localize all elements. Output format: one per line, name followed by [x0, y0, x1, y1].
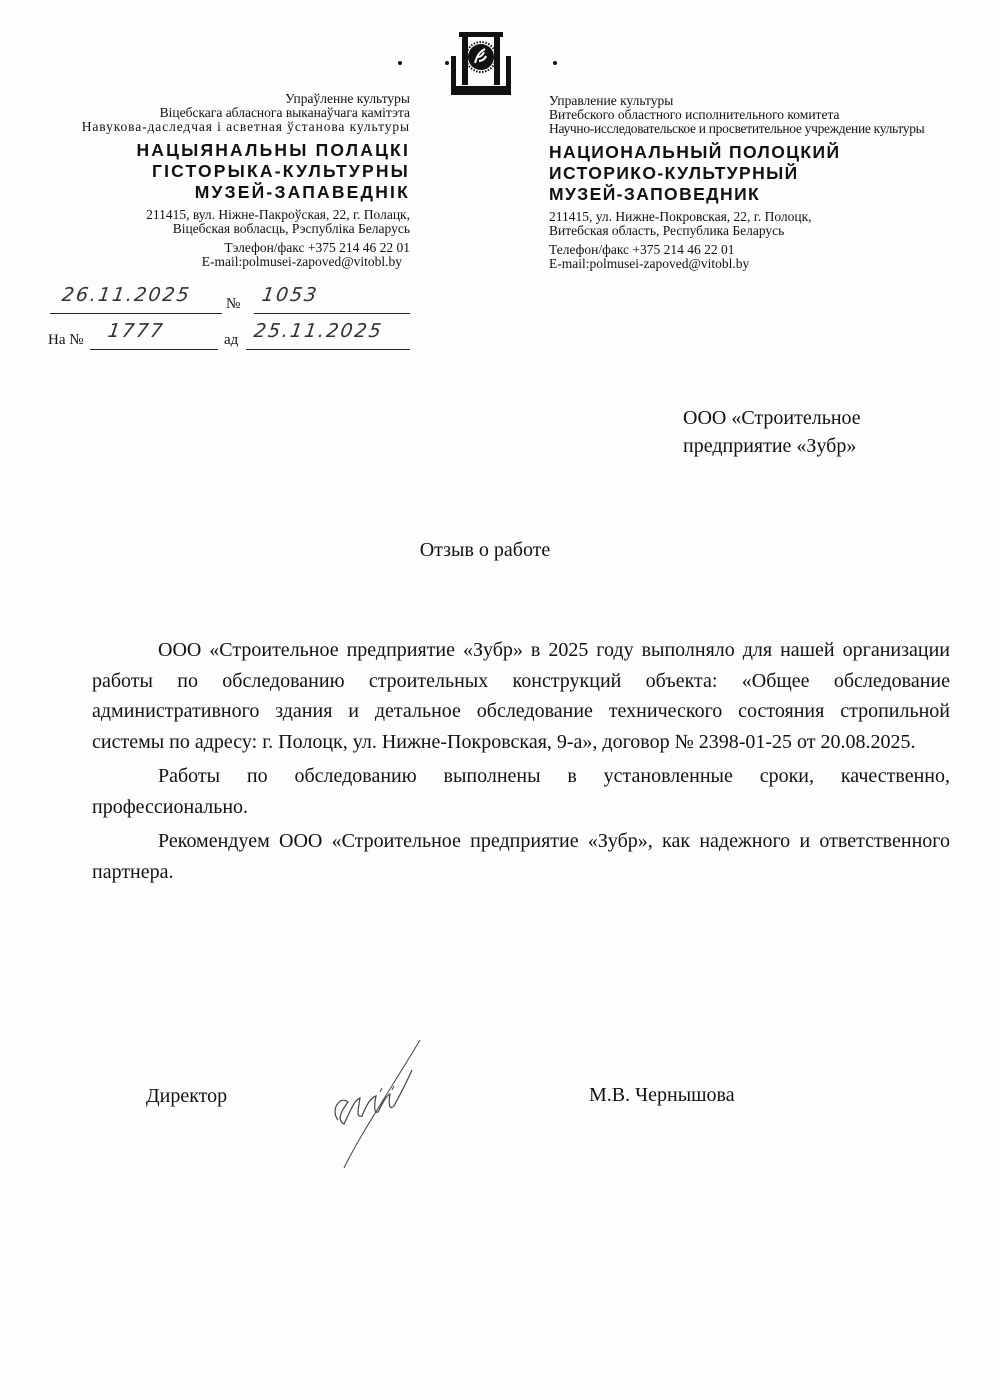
- museum-name-line: ИСТОРИКО-КУЛЬТУРНЫЙ: [549, 163, 989, 184]
- reply-date-underline: [246, 349, 410, 350]
- institution-type-line: Научно-исследовательское и просветительн…: [549, 122, 989, 136]
- reply-to-number: 1777: [106, 320, 165, 342]
- body-paragraph: ООО «Строительное предприятие «Зубр» в 2…: [92, 635, 950, 757]
- signatory-name: М.В. Чернышова: [589, 1084, 735, 1107]
- outgoing-number: 1053: [260, 284, 319, 306]
- committee-line: Витебского областного исполнительного ко…: [549, 108, 989, 122]
- document-body: ООО «Строительное предприятие «Зубр» в 2…: [92, 635, 950, 887]
- address: 211415, вул. Ніжне-Пакроўская, 22, г. По…: [30, 208, 410, 236]
- letterhead-belarusian: Упраўленне культуры Віцебскага абласнога…: [30, 92, 410, 269]
- decorative-dot-right: [553, 61, 557, 65]
- number-label: №: [226, 296, 240, 313]
- addressee: ООО «Строительное предприятие «Зубр»: [683, 404, 861, 460]
- handwritten-signature-icon: [320, 1040, 470, 1170]
- email: E-mail:polmusei-zapoved@vitobl.by: [30, 255, 402, 269]
- document-title: Отзыв о работе: [0, 539, 970, 562]
- institution-type-line: Навукова-даследчая і асветная ўстанова к…: [30, 120, 410, 134]
- address-line: Витебская область, Республика Беларусь: [549, 224, 989, 238]
- signatory-role: Директор: [146, 1085, 227, 1108]
- address-line: 211415, вул. Ніжне-Пакроўская, 22, г. По…: [30, 208, 410, 222]
- phone: Телефон/факс +375 214 46 22 01: [549, 243, 989, 257]
- email: E-mail:polmusei-zapoved@vitobl.by: [549, 257, 989, 271]
- reply-registration: На № 1777 ад 25.11.2025: [48, 326, 408, 350]
- body-paragraph: Работы по обследованию выполнены в устан…: [92, 761, 950, 822]
- address-line: Віцебская вобласць, Рэспубліка Беларусь: [30, 222, 410, 236]
- museum-name-line: НАЦИОНАЛЬНЫЙ ПОЛОЦКИЙ: [549, 142, 989, 163]
- phone: Тэлефон/факс +375 214 46 22 01: [30, 241, 410, 255]
- museum-name-line: МУЗЕЙ-ЗАПАВЕДНІК: [30, 182, 410, 203]
- museum-name: НАЦИОНАЛЬНЫЙ ПОЛОЦКИЙ ИСТОРИКО-КУЛЬТУРНЫ…: [549, 142, 989, 205]
- museum-emblem-icon: [449, 30, 513, 96]
- from-label: ад: [224, 332, 238, 349]
- addressee-line: предприятие «Зубр»: [683, 432, 861, 460]
- reply-to-label: На №: [48, 332, 84, 349]
- museum-name-line: НАЦЫЯНАЛЬНЫ ПОЛАЦКІ: [30, 140, 410, 161]
- ministry-line: Упраўленне культуры: [30, 92, 410, 106]
- letterhead-russian: Управление культуры Витебского областног…: [549, 94, 989, 271]
- address-line: 211415, ул. Нижне-Покровская, 22, г. Пол…: [549, 210, 989, 224]
- addressee-line: ООО «Строительное: [683, 404, 861, 432]
- museum-name-line: МУЗЕЙ-ЗАПОВЕДНИК: [549, 184, 989, 205]
- contacts: Телефон/факс +375 214 46 22 01 E-mail:po…: [549, 243, 989, 271]
- reply-to-date: 25.11.2025: [252, 320, 384, 342]
- museum-name: НАЦЫЯНАЛЬНЫ ПОЛАЦКІ ГІСТОРЫКА-КУЛЬТУРНЫ …: [30, 140, 410, 203]
- number-underline: [254, 313, 410, 314]
- museum-name-line: ГІСТОРЫКА-КУЛЬТУРНЫ: [30, 161, 410, 182]
- decorative-dot-left: [398, 61, 402, 65]
- reply-number-underline: [90, 349, 218, 350]
- date-underline: [50, 313, 222, 314]
- contacts: Тэлефон/факс +375 214 46 22 01 E-mail:po…: [30, 241, 410, 269]
- ministry-line: Управление культуры: [549, 94, 989, 108]
- letter-page: Упраўленне культуры Віцебскага абласнога…: [0, 0, 1000, 1400]
- address: 211415, ул. Нижне-Покровская, 22, г. Пол…: [549, 210, 989, 238]
- body-paragraph: Рекомендуем ООО «Строительное предприяти…: [92, 826, 950, 887]
- committee-line: Віцебскага абласнога выканаўчага камітэт…: [30, 106, 410, 120]
- outgoing-registration: 26.11.2025 № 1053: [50, 290, 410, 314]
- outgoing-date: 26.11.2025: [60, 284, 192, 306]
